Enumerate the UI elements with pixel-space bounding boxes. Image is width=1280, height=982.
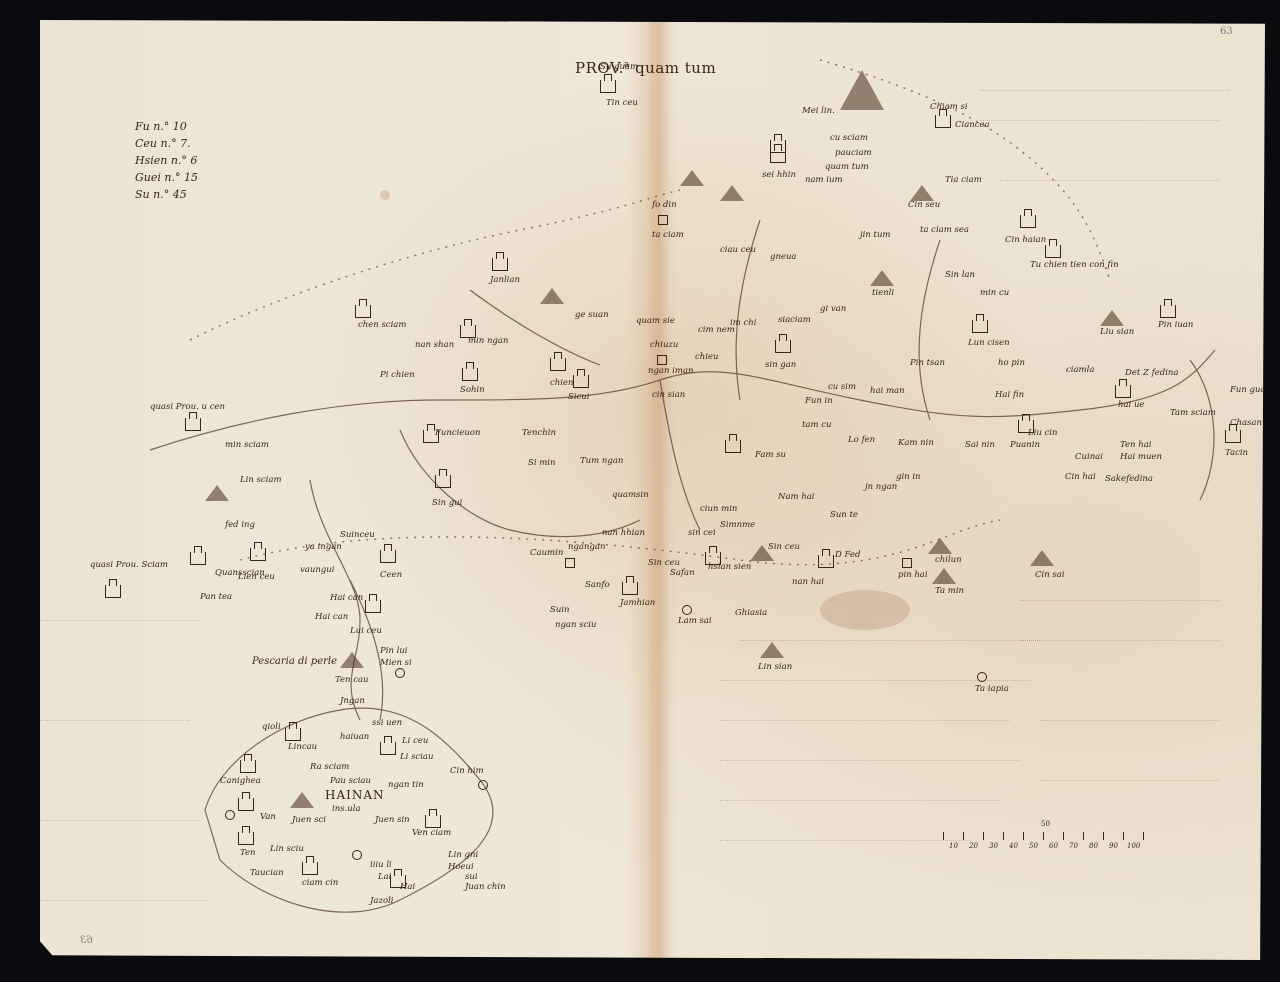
scale-label: 90 <box>1109 842 1118 850</box>
place-label: Jazoli <box>370 896 394 906</box>
bleed-through-text <box>720 800 1000 802</box>
place-label: Det Z fedina <box>1125 368 1178 378</box>
place-label: tienli <box>872 288 894 298</box>
place-label: Pin iuan <box>1158 320 1193 330</box>
circle-marker-icon <box>682 605 692 615</box>
title-name: quam tum <box>635 59 716 77</box>
place-label: Hai can <box>330 593 363 603</box>
place-label: Lo fen <box>848 435 875 445</box>
scale-top-label: 50 <box>1041 820 1050 828</box>
place-label: ciam cin <box>302 878 338 888</box>
town-icon <box>1160 305 1176 318</box>
bleed-through-text <box>720 840 970 842</box>
place-label: ciamla <box>1066 365 1094 375</box>
mountain-icon <box>760 642 784 658</box>
place-label: pauciam <box>835 148 872 158</box>
place-label: min cu <box>980 288 1009 298</box>
place-label: Li sciau <box>400 752 433 762</box>
place-label: Pin lui <box>380 646 408 656</box>
legend-fu: Fu n.° 10 <box>135 118 198 135</box>
place-label: ge suan <box>575 310 609 320</box>
place-label: nan hai <box>792 577 824 587</box>
place-label: fo din <box>652 200 677 210</box>
place-label: Su quam <box>600 62 638 72</box>
town-icon <box>935 115 951 128</box>
place-label: Juen sin <box>375 815 410 825</box>
fort-icon <box>657 355 667 365</box>
place-label: siaciam <box>778 315 811 325</box>
scale-tick <box>1003 832 1004 840</box>
scale-tick <box>943 832 944 840</box>
place-label: Jamhian <box>620 598 655 608</box>
island-label-hainan: HAINAN <box>325 788 385 802</box>
place-label: Hoeui <box>448 862 474 872</box>
scale-label: 30 <box>989 842 998 850</box>
place-label: Ta min <box>935 586 964 596</box>
administrative-legend: Fu n.° 10 Ceu n.° 7. Hsien n.° 6 Guei n.… <box>135 118 198 203</box>
place-label: Juan chin <box>465 882 506 892</box>
place-label: Ten <box>240 848 256 858</box>
place-label: Sicui <box>568 392 590 402</box>
place-label: Sun te <box>830 510 858 520</box>
scale-tick <box>1143 832 1144 840</box>
scale-label: 10 <box>949 842 958 850</box>
place-label: Taucian <box>250 868 284 878</box>
place-label: Caumin <box>530 548 563 558</box>
place-label: Lam sai <box>678 616 712 626</box>
place-label: Suinceu <box>340 530 375 540</box>
place-label: hai ue <box>1118 400 1144 410</box>
circle-marker-icon <box>977 672 987 682</box>
mountain-icon <box>720 185 744 201</box>
town-icon <box>462 368 478 381</box>
bleed-through-text <box>720 720 1010 722</box>
scale-tick <box>1123 832 1124 840</box>
place-label: Tin ceu <box>606 98 638 108</box>
legend-su: Su n.° 45 <box>135 186 198 203</box>
town-icon <box>1020 215 1036 228</box>
place-label: Cin hai <box>1065 472 1096 482</box>
place-label: Cin him <box>450 766 484 776</box>
place-label: Tacin <box>1225 448 1248 458</box>
bleed-through-text <box>1020 600 1220 602</box>
bleed-through-text <box>980 90 1230 92</box>
place-label: Nam hai <box>778 492 815 502</box>
sea-note-label: Pescaria di perle <box>252 656 337 667</box>
town-icon <box>770 140 786 153</box>
map-title: PROV.a quam tum <box>575 59 716 77</box>
town-icon <box>622 582 638 595</box>
mountain-icon <box>840 70 884 110</box>
place-label: sei hhin <box>762 170 796 180</box>
page-number: 63 <box>1220 26 1233 37</box>
bleed-through-text <box>40 900 210 902</box>
town-icon <box>425 815 441 828</box>
place-label: cin sian <box>652 390 685 400</box>
place-label: chen sciam <box>358 320 406 330</box>
place-label: Kam nin <box>898 438 934 448</box>
place-label: nam ium <box>805 175 843 185</box>
scale-tick <box>963 832 964 840</box>
place-label: Liu cin <box>1028 428 1058 438</box>
place-label: quam sie <box>636 316 675 326</box>
mountain-icon <box>290 792 314 808</box>
place-label: jin tum <box>860 230 890 240</box>
place-label: Lin gni <box>448 850 478 860</box>
mountain-icon <box>870 270 894 286</box>
place-label: Pan tea <box>200 592 232 602</box>
place-label: im chi <box>730 318 756 328</box>
mountain-icon <box>910 185 934 201</box>
scale-label: 80 <box>1089 842 1098 850</box>
place-label: Ta iapia <box>975 684 1009 694</box>
place-label: Janlian <box>490 275 520 285</box>
island-sub-label: ins.ula <box>332 804 361 814</box>
place-label: Sin ceu <box>768 542 800 552</box>
place-label: Sohin <box>460 385 485 395</box>
place-label: sin gan <box>765 360 796 370</box>
place-label: Lin sciu <box>270 844 304 854</box>
place-label: Lun cisen <box>968 338 1010 348</box>
place-label: Pin tsan <box>910 358 945 368</box>
town-icon <box>818 555 834 568</box>
place-label: fed ing <box>225 520 255 530</box>
mountain-icon <box>928 538 952 554</box>
place-label: cu sciam <box>830 133 868 143</box>
town-icon <box>355 305 371 318</box>
bleed-through-text <box>740 640 1040 642</box>
place-label: Lien ceu <box>238 572 275 582</box>
scale-tick <box>1023 832 1024 840</box>
place-label: Hai <box>400 882 415 892</box>
bleed-through-text <box>40 820 200 822</box>
place-label: Cuinai <box>1075 452 1103 462</box>
place-label: ciun min <box>700 504 737 514</box>
place-label: Ten cau <box>335 675 369 685</box>
circle-marker-icon <box>478 780 488 790</box>
place-label: Tenchin <box>522 428 556 438</box>
place-label: qioli <box>262 722 281 732</box>
place-label: Lincau <box>288 742 317 752</box>
place-label: ssi uen <box>372 718 402 728</box>
town-icon <box>380 550 396 563</box>
place-label: Ven ciam <box>412 828 451 838</box>
place-label: vaungui <box>300 565 334 575</box>
mountain-icon <box>1030 550 1054 566</box>
bleed-through-text <box>40 620 200 622</box>
place-label: Cin haian <box>1005 235 1046 245</box>
place-label: nan hhian <box>602 528 645 538</box>
place-label: tam cu <box>802 420 831 430</box>
town-icon <box>435 475 451 488</box>
place-label: ho pin <box>998 358 1025 368</box>
town-icon <box>1115 385 1131 398</box>
mountain-icon <box>680 170 704 186</box>
place-label: Juen sci <box>292 815 326 825</box>
bleed-through-text <box>980 120 1220 122</box>
place-label: Chiam si <box>930 102 968 112</box>
scale-bar: 50 10 20 30 40 50 60 70 80 90 100 <box>943 832 1143 862</box>
place-label: Simnme <box>720 520 755 530</box>
place-label: Sin gui <box>432 498 462 508</box>
scale-label: 40 <box>1009 842 1018 850</box>
place-label: ya ingan <box>305 542 342 552</box>
town-icon <box>250 548 266 561</box>
place-label: Pi chien <box>380 370 415 380</box>
town-icon <box>550 358 566 371</box>
legend-guei: Guei n.° 15 <box>135 169 198 186</box>
place-label: ngan iman <box>648 366 693 376</box>
place-label: Funcieuon <box>435 428 480 438</box>
town-icon <box>365 600 381 613</box>
page-number-mirrored: 63 <box>80 935 93 946</box>
place-label: min ngan <box>468 336 508 346</box>
place-label: Suin <box>550 605 570 615</box>
place-label: Jngan <box>340 696 365 706</box>
fort-icon <box>902 558 912 568</box>
place-label: Hai can <box>315 612 348 622</box>
place-label: Ceen <box>380 570 402 580</box>
town-icon <box>492 258 508 271</box>
place-label: hsian sien <box>708 562 751 572</box>
place-label: D Fed <box>835 550 860 560</box>
place-label: ngangan <box>568 542 605 552</box>
scale-label: 60 <box>1049 842 1058 850</box>
town-icon <box>285 728 301 741</box>
legend-hsien: Hsien n.° 6 <box>135 152 198 169</box>
town-icon <box>240 760 256 773</box>
town-icon <box>380 742 396 755</box>
bleed-through-text <box>40 720 190 722</box>
place-label: chilun <box>935 555 962 565</box>
town-icon <box>1045 245 1061 258</box>
place-label: ta ciam <box>652 230 684 240</box>
place-label: quam tum <box>825 162 869 172</box>
scale-tick <box>1063 832 1064 840</box>
place-label: chien <box>550 378 573 388</box>
place-label: Tum ngan <box>580 456 623 466</box>
bleed-through-text <box>1040 780 1220 782</box>
circle-marker-icon <box>395 668 405 678</box>
bleed-through-text <box>720 760 1020 762</box>
place-label: sin cei <box>688 528 716 538</box>
place-label: gin in <box>896 472 921 482</box>
legend-ceu: Ceu n.° 7. <box>135 135 198 152</box>
circle-marker-icon <box>352 850 362 860</box>
place-label: Canighea <box>220 776 261 786</box>
circle-marker-icon <box>225 810 235 820</box>
bleed-through-text <box>1000 180 1220 182</box>
place-label: Fun in <box>805 396 833 406</box>
place-label: Hai fin <box>995 390 1024 400</box>
town-icon <box>238 832 254 845</box>
place-label: sui <box>465 872 478 882</box>
place-label: iiiu li <box>370 860 392 870</box>
place-label: Sai nin <box>965 440 995 450</box>
place-label: pin hai <box>898 570 928 580</box>
place-label: Sin lan <box>945 270 975 280</box>
scale-label: 20 <box>969 842 978 850</box>
place-label: quasi Prou. u cen <box>150 402 225 412</box>
place-label: Mien si <box>380 658 412 668</box>
place-label: Lui ceu <box>350 626 382 636</box>
town-icon <box>1225 430 1241 443</box>
mountain-icon <box>205 485 229 501</box>
mountain-icon <box>340 652 364 668</box>
place-label: quasi Prou. Sciam <box>90 560 168 570</box>
place-label: Hai muen <box>1120 452 1162 462</box>
place-label: Tia ciam <box>945 175 982 185</box>
place-label: nan shan <box>415 340 454 350</box>
place-label: Ten hai <box>1120 440 1151 450</box>
place-label: hai man <box>870 386 905 396</box>
town-icon <box>238 798 254 811</box>
place-label: Tu chien tien con fin <box>1030 260 1119 270</box>
fort-icon <box>565 558 575 568</box>
bleed-through-text <box>1020 640 1220 642</box>
town-icon <box>105 585 121 598</box>
place-label: gneua <box>770 252 797 262</box>
bleed-through-text <box>1040 720 1220 722</box>
town-icon <box>302 862 318 875</box>
place-label: Lin sian <box>758 662 792 672</box>
scale-tick <box>1083 832 1084 840</box>
place-label: Fun guan <box>1230 385 1271 395</box>
place-label: Puanin <box>1010 440 1040 450</box>
place-label: Cin sai <box>1035 570 1065 580</box>
scale-tick <box>1103 832 1104 840</box>
place-label: ngan tin <box>388 780 424 790</box>
town-icon <box>185 418 201 431</box>
place-label: haiuan <box>340 732 369 742</box>
place-label: min sciam <box>225 440 269 450</box>
mountain-icon <box>1100 310 1124 326</box>
place-label: chieu <box>695 352 718 362</box>
place-label: chiuzu <box>650 340 678 350</box>
mountain-icon <box>932 568 956 584</box>
scale-label: 70 <box>1069 842 1078 850</box>
place-label: gi van <box>820 304 846 314</box>
town-icon <box>972 320 988 333</box>
place-label: Liu sian <box>1100 327 1134 337</box>
place-label: Van <box>260 812 276 822</box>
place-label: Si min <box>528 458 556 468</box>
town-icon <box>190 552 206 565</box>
place-label: Chasan <box>1230 418 1262 428</box>
place-label: ngan sciu <box>555 620 596 630</box>
town-icon <box>600 80 616 93</box>
place-label: Lin sciam <box>240 475 282 485</box>
place-label: Sin ceu <box>648 558 680 568</box>
town-icon <box>573 375 589 388</box>
place-label: Mei lin. <box>802 106 835 116</box>
scale-label: 100 <box>1127 842 1140 850</box>
place-label: Tam sciam <box>1170 408 1216 418</box>
place-label: cu sim <box>828 382 856 392</box>
manuscript-sheet: PROV.a quam tum Fu n.° 10 Ceu n.° 7. Hsi… <box>40 20 1265 960</box>
scale-tick <box>983 832 984 840</box>
fort-icon <box>658 215 668 225</box>
place-label: Li ceu <box>402 736 428 746</box>
place-label: Pau sciau <box>330 776 371 786</box>
place-label: Ciancea <box>955 120 990 130</box>
town-icon <box>775 340 791 353</box>
scale-label: 50 <box>1029 842 1038 850</box>
place-label: Ghiasia <box>735 608 767 618</box>
scale-tick <box>1043 832 1044 840</box>
place-label: quamsin <box>612 490 649 500</box>
place-label: jn ngan <box>865 482 897 492</box>
place-label: Sakefedina <box>1105 474 1153 484</box>
place-label: Ra sciam <box>310 762 349 772</box>
mountain-icon <box>540 288 564 304</box>
town-icon <box>725 440 741 453</box>
place-label: Fam su <box>755 450 786 460</box>
place-label: ciau ceu <box>720 245 756 255</box>
place-label: Safan <box>670 568 695 578</box>
place-label: Cin seu <box>908 200 940 210</box>
place-label: ta ciam sea <box>920 225 969 235</box>
place-label: Sanfo <box>585 580 610 590</box>
